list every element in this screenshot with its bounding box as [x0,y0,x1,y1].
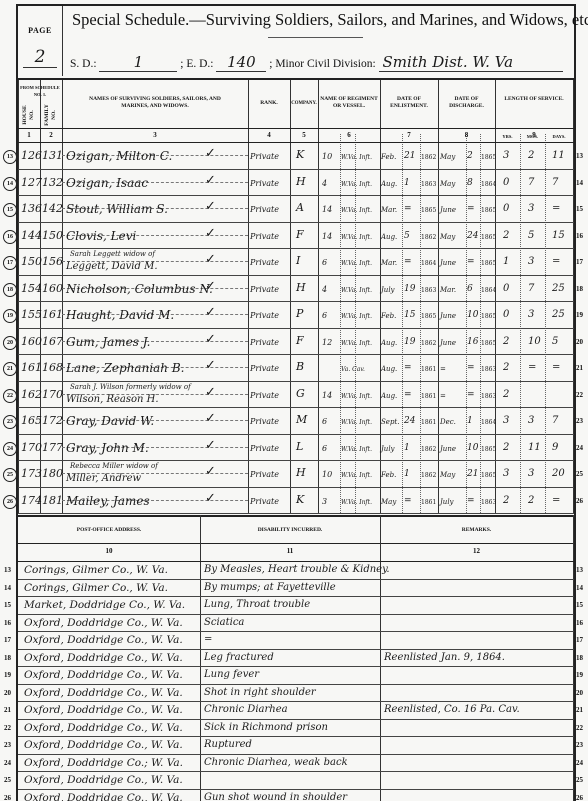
enlistment-day: 1 [404,441,410,455]
family-number: 132 [42,176,63,190]
discharge-month: June [440,309,456,323]
remarks: Reenlisted, Co. 16 Pa. Cav. [384,703,520,717]
service-days: 5 [552,335,558,349]
regiment-number: 12 [322,336,332,350]
enlistment-month: July [381,283,395,297]
enlistment-day: = [404,494,412,508]
soldier-name: Lane, Zephaniah B. [66,361,184,375]
discharge-day: = [467,494,475,508]
discharge-day: 21 [467,467,478,481]
line-number: 13 [576,152,583,160]
checkmark-icon: ✓ [205,199,216,214]
row-rule [18,434,574,435]
lower-top-rule [18,515,574,517]
sub-column-divider [466,134,467,513]
service-years: 2 [503,441,509,455]
line-number: 17 [576,258,583,266]
family-number: 156 [42,255,63,269]
family-number: 181 [42,494,63,508]
row-rule [18,701,574,702]
discharge-year: 1864 [481,416,496,430]
house-number: 136 [21,202,42,216]
discharge-year: 1865 [481,443,496,457]
service-years: 0 [503,202,509,216]
disability: Lung, Throat trouble [204,598,310,612]
post-office-address: Oxford, Doddridge Co., W. Va. [24,791,183,801]
discharge-month: May [440,468,455,482]
row-rule [18,736,574,737]
rank: Private [250,283,279,297]
line-number: 21 [576,364,583,372]
row-rule [18,684,574,685]
enlistment-month: Sept. [381,415,399,429]
line-number: 21 [4,706,11,714]
ed-label: ; E. D.: [180,58,213,70]
company: F [296,334,304,348]
rank: Private [250,415,279,429]
line-number: 24 [576,444,583,452]
service-days: = [552,202,560,216]
line-number-circle: 21 [3,362,17,376]
line-number: 25 [576,776,583,784]
company: M [296,413,307,427]
rank-header: Rank. [248,100,290,107]
row-rule [18,354,574,355]
post-office-address: Corings, Gilmer Co., W. Va. [24,563,168,577]
discharge-day: 16 [467,335,478,349]
service-years: 2 [503,335,509,349]
line-number-circle: 15 [3,203,17,217]
soldier-name: Ozigan, Milton C. [66,149,172,163]
regiment-number: 14 [322,203,332,217]
disability-header: Disability Incurred. [200,527,380,534]
enlistment-month: Aug. [381,362,397,376]
service-years: 2 [503,388,509,402]
company: H [296,175,306,189]
post-office-address: Oxford, Doddridge Co., W. Va. [24,703,183,717]
company: I [296,254,300,268]
discharge-month: Mar. [440,283,456,297]
column-divider [18,80,19,513]
row-rule [18,487,574,488]
line-number: 25 [576,470,583,478]
enlistment-year: 1862 [421,231,436,245]
enlistment-year: 1865 [421,204,436,218]
line-number: 22 [4,724,11,732]
regiment-type: W.Va. Inft. [341,284,372,298]
house-number: 174 [21,494,42,508]
regiment-number: 6 [322,256,327,270]
post-office-address: Oxford, Doddridge Co., W. Va. [24,686,183,700]
regiment-number: 14 [322,389,332,403]
enlistment-month: Feb. [381,468,396,482]
line-number: 14 [576,584,583,592]
rank: Private [250,256,279,270]
from-schedule-header: From Schedule No. 1. [18,84,62,98]
rank: Private [250,468,279,482]
rank: Private [250,336,279,350]
regiment-number: 4 [322,177,327,191]
line-number-circle: 25 [3,468,17,482]
rank: Private [250,362,279,376]
company-header: Company. [290,100,318,107]
row-rule [18,222,574,223]
line-number-circle: 26 [3,495,17,509]
disability: Gun shot wound in shoulder [204,791,347,801]
service-days: 11 [552,149,565,163]
mcd-label: ; Minor Civil Division: [269,58,375,70]
checkmark-icon: ✓ [205,305,216,320]
discharge-month: May [440,177,455,191]
row-rule [18,195,574,196]
company: P [296,307,303,321]
row-rule [18,649,574,650]
enlistment-day: 19 [404,335,415,349]
discharge-day: 8 [467,176,473,190]
row-rule [18,596,574,597]
discharge-year: 1863 [481,390,496,404]
service-years: 3 [503,414,509,428]
line-number: 13 [576,566,583,574]
company: L [296,440,303,454]
regiment-type: W.Va. Inft. [341,151,372,165]
discharge-year: 1865 [481,337,496,351]
line-number: 22 [576,724,583,732]
district-line: S. D.: 1 ; E. D.: 140 ; Minor Civil Divi… [70,53,563,72]
family-number: 161 [42,308,63,322]
enlistment-year: 1865 [421,310,436,324]
regiment-type: W.Va. Inft. [341,496,372,510]
column-divider [318,80,319,513]
column-divider [248,80,249,513]
sub-column-divider [545,134,546,513]
discharge-year: 1863 [481,496,496,510]
house-number: 170 [21,441,42,455]
widow-note: Rebecca Miller widow of [70,459,158,473]
rank: Private [250,309,279,323]
service-years: 0 [503,282,509,296]
discharge-year: 1864 [481,284,496,298]
soldier-name: Miller, Andrew [66,472,141,486]
discharge-day: = [467,255,475,269]
regiment-number: 3 [322,495,327,509]
regiment-type: W.Va. Inft. [341,231,372,245]
enlistment-month: Mar. [381,256,397,270]
page-number: 2 [23,47,57,68]
enlistment-day: 1 [404,467,410,481]
column-number: 9 [495,131,573,139]
line-number: 16 [576,619,583,627]
disability: Leg fractured [204,651,274,665]
line-number: 20 [4,689,11,697]
line-number: 16 [4,619,11,627]
regiment-type: W.Va. Inft. [341,390,372,404]
checkmark-icon: ✓ [205,279,216,294]
enlistment-day: 24 [404,414,415,428]
checkmark-icon: ✓ [205,332,216,347]
service-months: 3 [528,255,534,269]
row-rule [18,513,574,514]
disability: Sick in Richmond prison [204,721,328,735]
enlistment-month: May [381,495,396,509]
service-years: 3 [503,149,509,163]
post-office-address: Oxford, Doddridge Co., W. Va. [24,773,183,787]
soldier-name: Gray, John M. [66,441,149,455]
discharge-day: = [467,202,475,216]
service-months: = [528,361,536,375]
line-number: 21 [576,706,583,714]
service-months: 3 [528,467,534,481]
rank: Private [250,442,279,456]
disability: Chronic Diarhea [204,703,288,717]
row-rule [18,754,574,755]
checkmark-icon: ✓ [205,226,216,241]
family-number: 170 [42,388,63,402]
regiment-number: 14 [322,230,332,244]
discharge-year: 1865 [481,204,496,218]
row-rule [18,328,574,329]
soldier-name: Wilson, Reason H. [66,393,159,407]
line-number: 18 [576,654,583,662]
service-years: 1 [503,255,509,269]
column-number: 10 [18,547,200,555]
enlistment-month: Feb. [381,150,396,164]
enlistment-day: 15 [404,308,415,322]
sd-value: 1 [99,53,177,72]
row-rule [18,614,574,615]
sub-column-divider [402,134,403,513]
enlistment-month: Aug. [381,336,397,350]
row-rule [18,169,574,170]
service-years: 0 [503,308,509,322]
column-number: 7 [380,131,438,139]
line-number: 19 [4,671,11,679]
company: H [296,281,306,295]
enlistment-month: Feb. [381,309,396,323]
enlistment-day: = [404,202,412,216]
column-number: 12 [380,547,573,555]
column-divider [573,80,574,513]
line-number: 23 [576,417,583,425]
line-number: 23 [576,741,583,749]
lower-header-bottom [18,561,574,562]
line-number: 20 [576,338,583,346]
company: B [296,360,304,374]
enlistment-month: Aug. [381,177,397,191]
house-number: 144 [21,229,42,243]
line-number-circle: 20 [3,336,17,350]
soldier-name: Leggett, David M. [66,260,158,274]
header-rule [18,78,574,80]
address-header: Post-office Address. [18,527,200,534]
remarks: Reenlisted Jan. 9, 1864. [384,651,505,665]
widow-note: Sarah Leggett widow of [70,247,155,261]
header-number-rule [18,128,574,129]
discharge-year: 1865 [481,257,496,271]
remarks-header: Remarks. [380,527,573,534]
enlistment-year: 1861 [421,363,436,377]
discharge-day: = [467,388,475,402]
enlistment-day: = [404,388,412,402]
row-rule [18,631,574,632]
discharge-month: Dec. [440,415,456,429]
service-days: 20 [552,467,565,481]
names-header: Names of Surviving Soldiers, Sailors, an… [80,96,230,110]
service-years: 2 [503,229,509,243]
family-number: 167 [42,335,63,349]
soldier-name: Gray, David W. [66,414,154,428]
family-number: 168 [42,361,63,375]
discharge-year: 1863 [481,363,496,377]
soldier-name: Ozigan, Isaac [66,176,148,190]
enlistment-year: 1864 [421,257,436,271]
line-number: 15 [4,601,11,609]
rank: Private [250,177,279,191]
line-number: 18 [576,285,583,293]
row-rule [18,275,574,276]
line-number-circle: 13 [3,150,17,164]
service-days: 9 [552,441,558,455]
checkmark-icon: ✓ [205,385,216,400]
column-number: 6 [318,131,380,139]
service-header: Length of Service. [495,96,573,103]
service-days: 25 [552,282,565,296]
column-divider [573,515,574,801]
house-number: 160 [21,335,42,349]
company: K [296,493,304,507]
regiment-type: W.Va. Inft. [341,178,372,192]
soldier-name: Clovis, Levi [66,229,136,243]
soldier-name: Gum, James J. [66,335,150,349]
discharge-month: = [440,362,446,376]
service-days: 7 [552,414,558,428]
lower-number-rule [18,543,574,544]
discharge-month: June [440,336,456,350]
column-number: 2 [40,131,62,139]
service-days: = [552,361,560,375]
disability: Chronic Diarhea, weak back [204,756,348,770]
post-office-address: Corings, Gilmer Co., W. Va. [24,581,168,595]
soldier-name: Mailey, James [66,494,150,508]
enlistment-year: 1862 [421,151,436,165]
discharge-day: = [467,361,475,375]
ed-value: 140 [216,53,266,72]
page-title: Special Schedule.—Surviving Soldiers, Sa… [72,10,588,30]
discharge-year: 1865 [481,151,496,165]
regiment-number: 4 [322,283,327,297]
regiment-type: W.Va. Inft. [341,204,372,218]
discharge-month: June [440,442,456,456]
enlistment-year: 1863 [421,178,436,192]
discharge-month: June [440,203,456,217]
regiment-type: W.Va. Inft. [341,443,372,457]
enlistment-day: = [404,255,412,269]
column-number: 4 [248,131,290,139]
house-number: 127 [21,176,42,190]
line-number-circle: 23 [3,415,17,429]
house-no-header: House No. [22,100,36,130]
enlistment-day: 5 [404,229,410,243]
disability: = [204,633,212,647]
regiment-number: 10 [322,468,332,482]
discharge-month: May [440,150,455,164]
house-number: 154 [21,282,42,296]
line-number: 20 [576,689,583,697]
post-office-address: Oxford, Doddridge Co., W. Va. [24,633,183,647]
page-box: Page 2 [18,6,63,76]
disability: Lung fever [204,668,259,682]
sub-column-divider [520,134,521,513]
column-number: 11 [200,547,380,555]
company: A [296,201,304,215]
line-number-circle: 17 [3,256,17,270]
column-divider [380,515,381,801]
header-bottom-rule [18,142,574,143]
house-number: 155 [21,308,42,322]
rank: Private [250,150,279,164]
rank: Private [250,230,279,244]
disability: Sciatica [204,616,244,630]
column-divider [200,515,201,801]
service-months: 3 [528,202,534,216]
service-days: 7 [552,176,558,190]
row-rule [18,301,574,302]
regiment-type: W.Va. Inft. [341,337,372,351]
enlistment-year: 1861 [421,416,436,430]
post-office-address: Market, Doddridge Co., W. Va. [24,598,185,612]
company: F [296,228,304,242]
discharge-year: 1865 [481,231,496,245]
line-number: 26 [4,794,11,801]
enlistment-month: Aug. [381,230,397,244]
line-number-circle: 24 [3,442,17,456]
row-rule [18,771,574,772]
family-number: 160 [42,282,63,296]
service-months: 7 [528,176,534,190]
regiment-type: W.Va. Inft. [341,416,372,430]
rank: Private [250,389,279,403]
enlistment-day: 21 [404,149,415,163]
line-number-circle: 16 [3,230,17,244]
line-number: 15 [576,601,583,609]
soldier-name: Stout, William S. [66,202,168,216]
regiment-type: W.Va. Inft. [341,257,372,271]
service-months: 3 [528,308,534,322]
family-number: 131 [42,149,63,163]
disability: By mumps; at Fayetteville [204,581,336,595]
service-years: 2 [503,494,509,508]
family-no-header: Family No. [44,100,58,130]
regiment-number: 6 [322,442,327,456]
post-office-address: Oxford, Doddridge Co.; W. Va. [24,756,183,770]
enlistment-year: 1862 [421,443,436,457]
line-number: 14 [4,584,11,592]
house-number: 173 [21,467,42,481]
house-number: 165 [21,414,42,428]
checkmark-icon: ✓ [205,411,216,426]
service-months: 5 [528,229,534,243]
enlistment-header: Date of Enlistment. [380,96,438,110]
checkmark-icon: ✓ [205,252,216,267]
line-number: 19 [576,671,583,679]
post-office-address: Oxford, Doddridge Co., W. Va. [24,668,183,682]
column-divider [290,80,291,513]
enlistment-day: = [404,361,412,375]
regiment-number: 6 [322,415,327,429]
company: H [296,466,306,480]
line-number: 22 [576,391,583,399]
checkmark-icon: ✓ [205,464,216,479]
